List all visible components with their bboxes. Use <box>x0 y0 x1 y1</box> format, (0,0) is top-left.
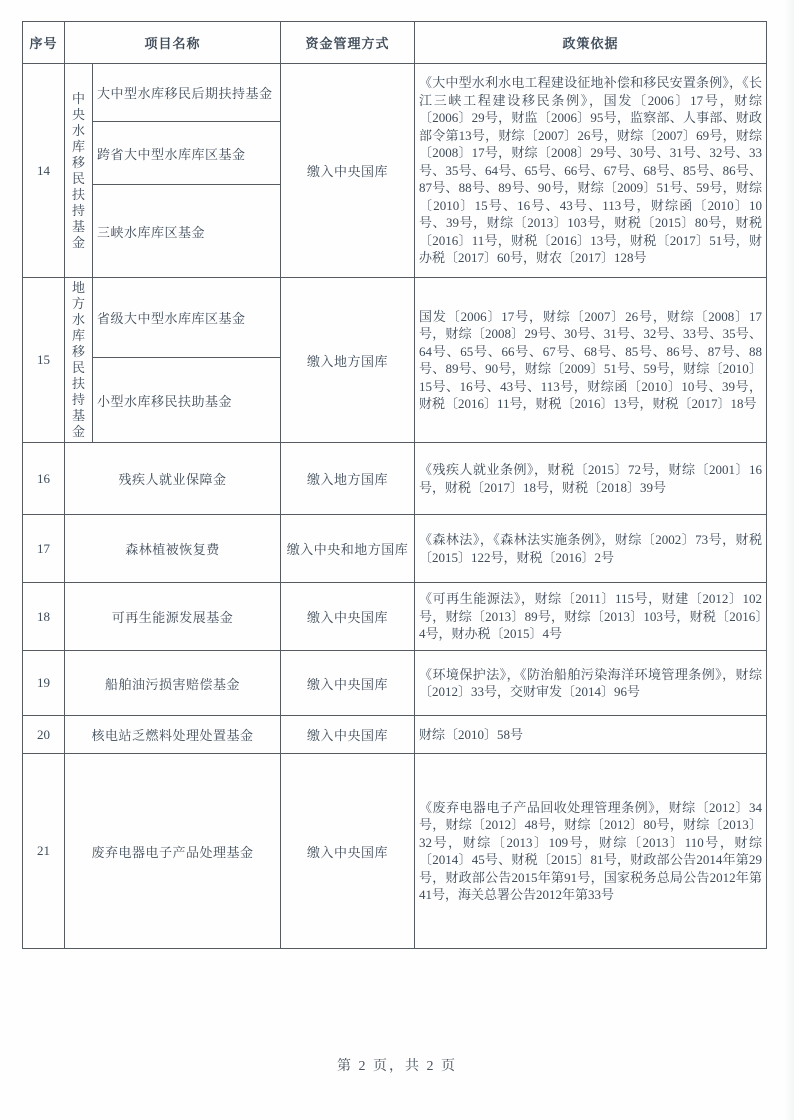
fund-sub-item: 跨省大中型水库库区基金 <box>93 122 281 185</box>
header-cell-serial-number: 序号 <box>23 22 65 64</box>
table-row: 16 残疾人就业保障金 缴入地方国库 《残疾人就业条例》，财税〔2015〕72号… <box>23 443 767 515</box>
row-number-cell: 14 <box>23 64 65 278</box>
fund-name-cell: 残疾人就业保障金 <box>65 443 281 515</box>
fund-name-cell: 核电站乏燃料处理处置基金 <box>65 716 281 754</box>
fund-sub-item: 大中型水库移民后期扶持基金 <box>93 64 281 122</box>
policy-cell: 《大中型水利水电工程建设征地补偿和移民安置条例》，《长江三峡工程建设移民条例》，… <box>415 64 767 278</box>
row-number-cell: 21 <box>23 754 65 949</box>
management-cell: 缴入中央国库 <box>281 651 415 716</box>
policy-cell: 《可再生能源法》，财综〔2011〕115号，财建〔2012〕102号，财综〔20… <box>415 583 767 651</box>
fund-name-cell: 船舶油污损害赔偿基金 <box>65 651 281 716</box>
header-cell-policy-basis: 政策依据 <box>415 22 767 64</box>
policy-cell: 财综〔2010〕58号 <box>415 716 767 754</box>
row-number-cell: 19 <box>23 651 65 716</box>
fund-sub-item: 小型水库移民扶助基金 <box>93 358 281 443</box>
table-row: 14 中央水库移民扶持基金 大中型水库移民后期扶持基金 缴入中央国库 《大中型水… <box>23 64 767 122</box>
management-cell: 缴入地方国库 <box>281 278 415 443</box>
management-cell: 缴入中央国库 <box>281 583 415 651</box>
table-row: 15 地方水库移民扶持基金 省级大中型水库库区基金 缴入地方国库 国发〔2006… <box>23 278 767 358</box>
fund-name-cell: 森林植被恢复费 <box>65 515 281 583</box>
row-number-cell: 18 <box>23 583 65 651</box>
fund-group-name: 中央水库移民扶持基金 <box>65 64 93 278</box>
policy-cell: 《残疾人就业条例》，财税〔2015〕72号，财综〔2001〕16号，财税〔201… <box>415 443 767 515</box>
row-number-cell: 15 <box>23 278 65 443</box>
scanned-document-page: 序号 项目名称 资金管理方式 政策依据 14 中央水库移民扶持基金 大中型水库移… <box>0 0 794 1120</box>
fund-name-cell: 可再生能源发展基金 <box>65 583 281 651</box>
table-row: 18 可再生能源发展基金 缴入中央国库 《可再生能源法》，财综〔2011〕115… <box>23 583 767 651</box>
government-funds-table: 序号 项目名称 资金管理方式 政策依据 14 中央水库移民扶持基金 大中型水库移… <box>22 21 767 949</box>
table-row: 21 废弃电器电子产品处理基金 缴入中央国库 《废弃电器电子产品回收处理管理条例… <box>23 754 767 949</box>
policy-cell: 《环境保护法》，《防治船舶污染海洋环境管理条例》，财综〔2012〕33号，交财审… <box>415 651 767 716</box>
management-cell: 缴入中央国库 <box>281 754 415 949</box>
fund-group-name: 地方水库移民扶持基金 <box>65 278 93 443</box>
management-cell: 缴入中央国库 <box>281 64 415 278</box>
table-row: 20 核电站乏燃料处理处置基金 缴入中央国库 财综〔2010〕58号 <box>23 716 767 754</box>
fund-name-cell: 废弃电器电子产品处理基金 <box>65 754 281 949</box>
management-cell: 缴入中央和地方国库 <box>281 515 415 583</box>
policy-cell: 《森林法》，《森林法实施条例》，财综〔2002〕73号，财税〔2015〕122号… <box>415 515 767 583</box>
header-cell-fund-management: 资金管理方式 <box>281 22 415 64</box>
header-cell-project-name: 项目名称 <box>65 22 281 64</box>
policy-cell: 《废弃电器电子产品回收处理管理条例》，财综〔2012〕34号，财综〔2012〕4… <box>415 754 767 949</box>
table-row: 19 船舶油污损害赔偿基金 缴入中央国库 《环境保护法》，《防治船舶污染海洋环境… <box>23 651 767 716</box>
table-header-row: 序号 项目名称 资金管理方式 政策依据 <box>23 22 767 64</box>
policy-cell: 国发〔2006〕17号，财综〔2007〕26号，财综〔2008〕17号，财综〔2… <box>415 278 767 443</box>
management-cell: 缴入地方国库 <box>281 443 415 515</box>
row-number-cell: 16 <box>23 443 65 515</box>
table-row: 17 森林植被恢复费 缴入中央和地方国库 《森林法》，《森林法实施条例》，财综〔… <box>23 515 767 583</box>
fund-sub-item: 省级大中型水库库区基金 <box>93 278 281 358</box>
row-number-cell: 20 <box>23 716 65 754</box>
row-number-cell: 17 <box>23 515 65 583</box>
management-cell: 缴入中央国库 <box>281 716 415 754</box>
fund-sub-item: 三峡水库库区基金 <box>93 185 281 278</box>
page-footer: 第 2 页，共 2 页 <box>0 1055 794 1075</box>
